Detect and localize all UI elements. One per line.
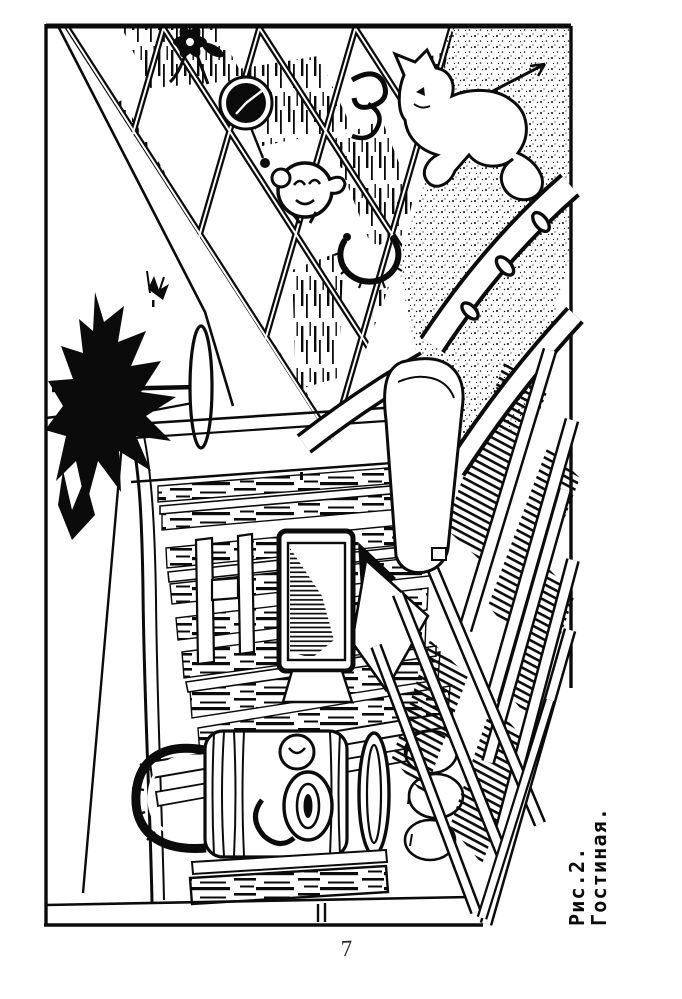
tv-drawing — [279, 531, 353, 702]
figure-caption: Рис.2. Гостиная. — [566, 807, 610, 926]
figure-caption-line2: Гостиная. — [588, 807, 610, 926]
page-number: 7 — [340, 936, 353, 963]
tv-base — [283, 671, 352, 702]
book-page: Рис.2. Гостиная. 7 — [0, 0, 682, 999]
figure-caption-line1: Рис.2. — [566, 807, 588, 926]
